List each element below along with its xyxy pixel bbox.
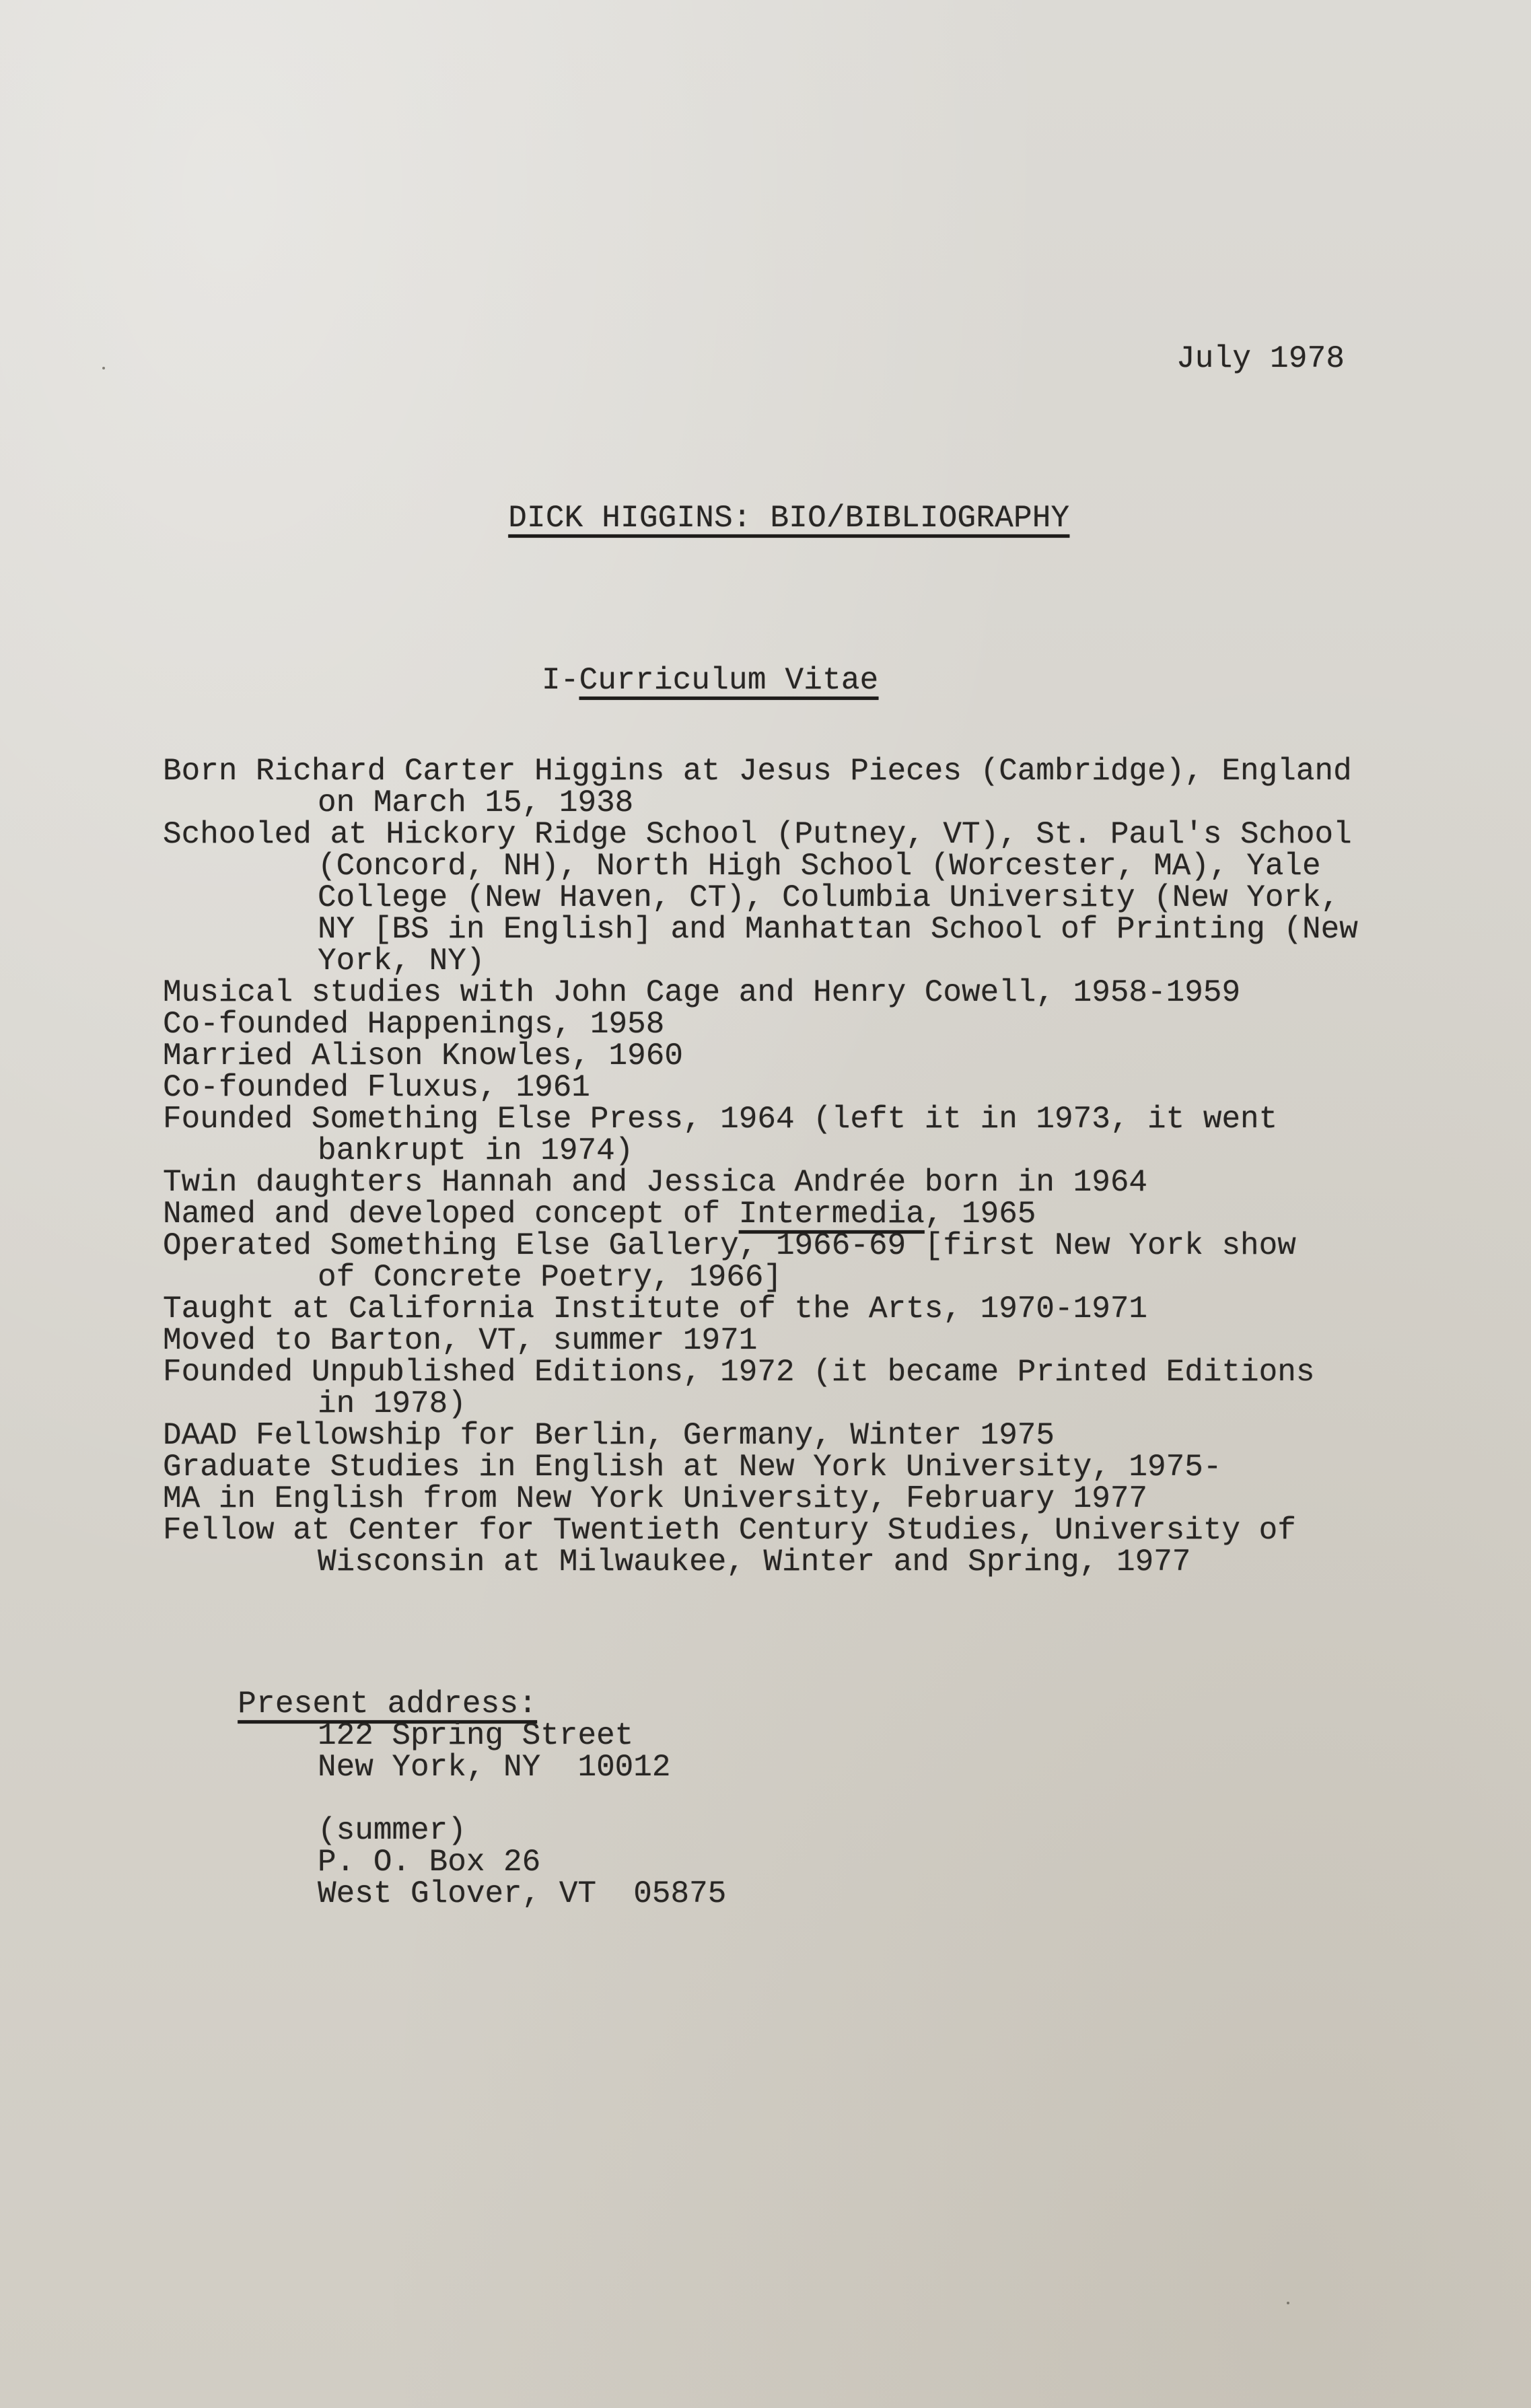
cv-entry-first-line: Schooled at Hickory Ridge School (Putney… — [163, 817, 1352, 852]
cv-entry-first-line: Moved to Barton, VT, summer 1971 — [163, 1323, 757, 1358]
section-heading: I-Curriculum Vitae — [542, 665, 878, 697]
cv-entry-continuation-line: College (New Haven, CT), Columbia Univer… — [163, 882, 1441, 914]
cv-entry-first-line: Graduate Studies in English at New York … — [163, 1450, 1221, 1485]
address-primary-line-2: New York, NY 10012 — [318, 1752, 726, 1783]
cv-entry: Co-founded Happenings, 1958 — [163, 1009, 1441, 1040]
cv-entry-first-line: Fellow at Center for Twentieth Century S… — [163, 1513, 1296, 1548]
address-summer-label: (summer) — [318, 1815, 726, 1847]
cv-entry-continuation-line: (Concord, NH), North High School (Worces… — [163, 851, 1441, 882]
cv-entry-first-line: Operated Something Else Gallery, 1966-69… — [163, 1228, 1296, 1263]
cv-entry: Born Richard Carter Higgins at Jesus Pie… — [163, 756, 1441, 819]
cv-entry: Co-founded Fluxus, 1961 — [163, 1072, 1441, 1104]
address-primary-line-1: 122 Spring Street — [318, 1720, 726, 1752]
cv-entry-continuation-line: on March 15, 1938 — [163, 787, 1441, 819]
cv-entry: Operated Something Else Gallery, 1966-69… — [163, 1230, 1441, 1294]
cv-entry-first-line: Founded Unpublished Editions, 1972 (it b… — [163, 1355, 1314, 1390]
section-heading-text: Curriculum Vitae — [579, 663, 879, 698]
cv-entry-text: , 1965 — [925, 1197, 1036, 1232]
cv-entry-continuation-line: bankrupt in 1974) — [163, 1135, 1441, 1167]
cv-entry-continuation-line: York, NY) — [163, 946, 1441, 977]
cv-entry: Married Alison Knowles, 1960 — [163, 1040, 1441, 1072]
typewritten-page: July 1978 DICK HIGGINS: BIO/BIBLIOGRAPHY… — [0, 0, 1531, 2408]
cv-entry: Named and developed concept of Intermedi… — [163, 1199, 1441, 1230]
document-title: DICK HIGGINS: BIO/BIBLIOGRAPHY — [433, 471, 1069, 566]
cv-entry-continuation-line: in 1978) — [163, 1388, 1441, 1420]
paper-speck — [1287, 2302, 1289, 2304]
cv-entry: Founded Something Else Press, 1964 (left… — [163, 1104, 1441, 1167]
cv-entry-first-line: Taught at California Institute of the Ar… — [163, 1291, 1147, 1326]
paper-speck — [102, 367, 105, 369]
cv-entry-text: Named and developed concept of — [163, 1197, 739, 1232]
cv-entry: Taught at California Institute of the Ar… — [163, 1294, 1441, 1325]
cv-entry-first-line: Married Alison Knowles, 1960 — [163, 1038, 683, 1073]
cv-entry: Musical studies with John Cage and Henry… — [163, 977, 1441, 1009]
cv-entry: MA in English from New York University, … — [163, 1483, 1441, 1515]
address-block: 122 Spring Street New York, NY 10012 (su… — [318, 1720, 726, 1910]
cv-entry-first-line: Named and developed concept of Intermedi… — [163, 1197, 1036, 1232]
cv-entry: Founded Unpublished Editions, 1972 (it b… — [163, 1357, 1441, 1420]
cv-entry-first-line: Twin daughters Hannah and Jessica Andrée… — [163, 1165, 1147, 1200]
cv-entry-first-line: Born Richard Carter Higgins at Jesus Pie… — [163, 754, 1352, 789]
address-summer-line-2: West Glover, VT 05875 — [318, 1878, 726, 1910]
cv-entry-first-line: DAAD Fellowship for Berlin, Germany, Win… — [163, 1418, 1055, 1453]
address-summer-line-1: P. O. Box 26 — [318, 1847, 726, 1878]
document-date: July 1978 — [1176, 343, 1345, 375]
document-title-text: DICK HIGGINS: BIO/BIBLIOGRAPHY — [508, 501, 1069, 536]
cv-entries-list: Born Richard Carter Higgins at Jesus Pie… — [163, 756, 1441, 1578]
cv-entry-continuation-line: Wisconsin at Milwaukee, Winter and Sprin… — [163, 1547, 1441, 1578]
cv-entry: Moved to Barton, VT, summer 1971 — [163, 1325, 1441, 1357]
address-heading-text: Present address: — [238, 1687, 537, 1722]
cv-entry-first-line: Musical studies with John Cage and Henry… — [163, 975, 1240, 1010]
section-prefix: I- — [542, 663, 579, 698]
cv-entry-continuation-line: of Concrete Poetry, 1966] — [163, 1262, 1441, 1294]
address-spacer — [318, 1783, 726, 1815]
cv-entry-first-line: Co-founded Fluxus, 1961 — [163, 1070, 590, 1105]
cv-entry: Schooled at Hickory Ridge School (Putney… — [163, 819, 1441, 977]
cv-entry-first-line: Founded Something Else Press, 1964 (left… — [163, 1102, 1277, 1137]
intermedia-underlined-term: Intermedia — [739, 1197, 925, 1232]
cv-entry: DAAD Fellowship for Berlin, Germany, Win… — [163, 1420, 1441, 1452]
cv-entry: Twin daughters Hannah and Jessica Andrée… — [163, 1167, 1441, 1199]
cv-entry-first-line: MA in English from New York University, … — [163, 1481, 1147, 1516]
cv-entry-first-line: Co-founded Happenings, 1958 — [163, 1007, 664, 1042]
cv-entry: Fellow at Center for Twentieth Century S… — [163, 1515, 1441, 1578]
cv-entry-continuation-line: NY [BS in English] and Manhattan School … — [163, 914, 1441, 946]
cv-entry: Graduate Studies in English at New York … — [163, 1452, 1441, 1483]
